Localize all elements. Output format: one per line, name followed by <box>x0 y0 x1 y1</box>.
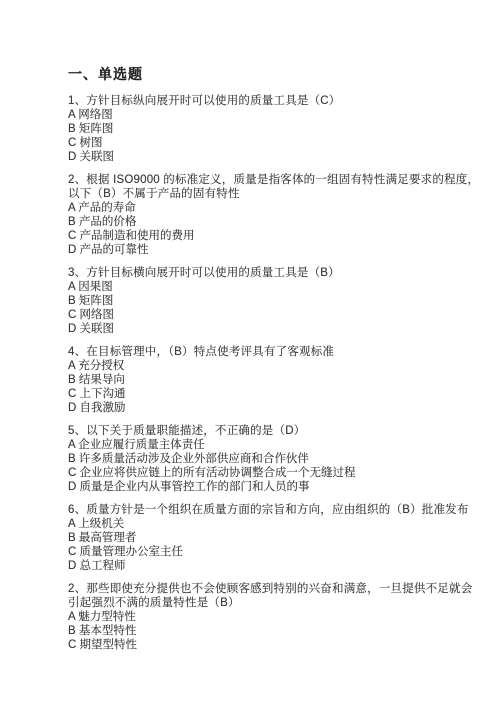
question-block: 1、方针目标纵向展开时可以使用的质量工具是（C）A 网络图B 矩阵图C 树图D … <box>68 94 464 164</box>
section-title: 一、单选题 <box>68 64 464 84</box>
option-text: C 企业应将供应链上的所有活动协调整合成一个无缝过程 <box>68 466 464 480</box>
question-text: 6、质量方针是一个组织在质量方面的宗旨和方向，应由组织的（B）批准发布 <box>68 503 464 517</box>
question-list: 1、方针目标纵向展开时可以使用的质量工具是（C）A 网络图B 矩阵图C 树图D … <box>68 94 464 652</box>
option-text: C 质量管理办公室主任 <box>68 545 464 559</box>
option-text: D 关联图 <box>68 150 464 164</box>
option-text: D 自我激励 <box>68 401 464 415</box>
question-text: 以下（B）不属于产品的固有特性 <box>68 187 464 201</box>
question-text: 3、方针目标横向展开时可以使用的质量工具是（B） <box>68 266 464 280</box>
document-content: 一、单选题 1、方针目标纵向展开时可以使用的质量工具是（C）A 网络图B 矩阵图… <box>68 64 464 661</box>
question-text: 5、以下关于质量职能描述，不正确的是（D） <box>68 424 464 438</box>
question-block: 5、以下关于质量职能描述，不正确的是（D）A 企业应履行质量主体责任B 许多质量… <box>68 424 464 494</box>
question-text: 引起强烈不满的质量特性是（B） <box>68 596 464 610</box>
option-text: C 期望型特性 <box>68 638 464 652</box>
option-text: A 因果图 <box>68 280 464 294</box>
option-text: D 质量是企业内从事管控工作的部门和人员的事 <box>68 480 464 494</box>
document-page: 一、单选题 1、方针目标纵向展开时可以使用的质量工具是（C）A 网络图B 矩阵图… <box>0 0 500 708</box>
question-text: 2、根据 ISO9000 的标准定义，质量是指客体的一组固有特性满足要求的程度， <box>68 173 464 187</box>
question-block: 4、在目标管理中，（B）特点使考评具有了客观标准A 充分授权B 结果导向C 上下… <box>68 345 464 415</box>
question-text: 1、方针目标纵向展开时可以使用的质量工具是（C） <box>68 94 464 108</box>
option-text: B 矩阵图 <box>68 122 464 136</box>
option-text: B 许多质量活动涉及企业外部供应商和合作伙伴 <box>68 452 464 466</box>
option-text: B 最高管理者 <box>68 531 464 545</box>
option-text: C 上下沟通 <box>68 387 464 401</box>
question-text: 4、在目标管理中，（B）特点使考评具有了客观标准 <box>68 345 464 359</box>
option-text: D 总工程师 <box>68 559 464 573</box>
option-text: C 网络图 <box>68 308 464 322</box>
question-text: 2、那些即使充分提供也不会使顾客感到特别的兴奋和满意，一旦提供不足就会 <box>68 582 464 596</box>
option-text: B 结果导向 <box>68 373 464 387</box>
option-text: A 充分授权 <box>68 359 464 373</box>
question-block: 6、质量方针是一个组织在质量方面的宗旨和方向，应由组织的（B）批准发布A 上级机… <box>68 503 464 573</box>
option-text: D 关联图 <box>68 322 464 336</box>
option-text: A 产品的寿命 <box>68 201 464 215</box>
option-text: A 企业应履行质量主体责任 <box>68 438 464 452</box>
question-block: 3、方针目标横向展开时可以使用的质量工具是（B）A 因果图B 矩阵图C 网络图D… <box>68 266 464 336</box>
option-text: C 产品制造和使用的费用 <box>68 229 464 243</box>
question-block: 2、那些即使充分提供也不会使顾客感到特别的兴奋和满意，一旦提供不足就会引起强烈不… <box>68 582 464 652</box>
option-text: B 产品的价格 <box>68 215 464 229</box>
option-text: A 上级机关 <box>68 517 464 531</box>
option-text: B 基本型特性 <box>68 624 464 638</box>
option-text: B 矩阵图 <box>68 294 464 308</box>
option-text: D 产品的可靠性 <box>68 243 464 257</box>
question-block: 2、根据 ISO9000 的标准定义，质量是指客体的一组固有特性满足要求的程度，… <box>68 173 464 257</box>
option-text: A 魅力型特性 <box>68 610 464 624</box>
option-text: C 树图 <box>68 136 464 150</box>
option-text: A 网络图 <box>68 108 464 122</box>
